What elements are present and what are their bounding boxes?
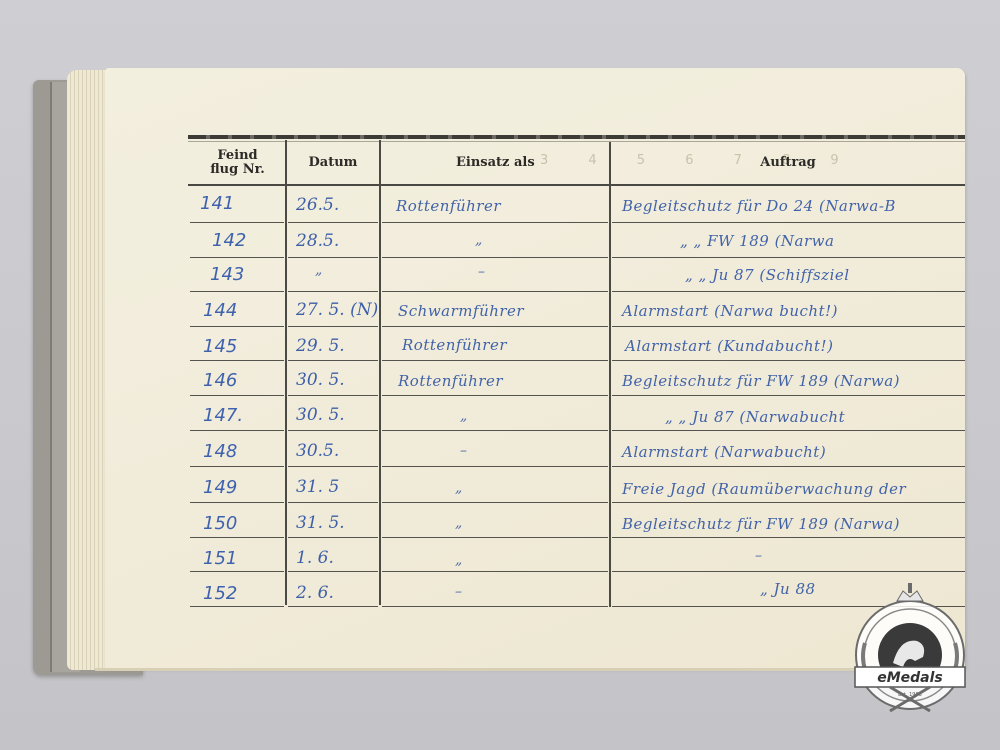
mission-role: Schwarmführer: [398, 302, 524, 320]
flight-number: 141: [200, 193, 234, 214]
row-divider: [190, 430, 284, 431]
flight-number: 149: [203, 477, 237, 498]
mission-role: –: [460, 443, 467, 459]
flight-number: 147.: [203, 405, 243, 426]
column-divider: [609, 142, 611, 607]
row-divider: [190, 537, 284, 538]
row-divider: [382, 502, 608, 503]
column-divider: [379, 140, 381, 605]
row-divider: [288, 466, 378, 467]
row-divider: [612, 360, 965, 361]
table-top-rule: [188, 135, 965, 139]
row-divider: [190, 326, 284, 327]
flight-date: 31. 5.: [296, 513, 345, 533]
row-divider: [612, 466, 965, 467]
flight-date: 27. 5. (N): [296, 300, 378, 320]
mission-role: Rottenführer: [402, 336, 507, 354]
row-divider: [382, 326, 608, 327]
row-divider: [190, 606, 284, 607]
header-text: Feind: [217, 149, 257, 163]
flight-number: 144: [203, 300, 237, 321]
row-divider: [382, 430, 608, 431]
svg-text:eMedals: eMedals: [877, 670, 943, 686]
row-divider: [190, 291, 284, 292]
row-divider: [382, 537, 608, 538]
row-divider: [612, 502, 965, 503]
mission-role: „: [455, 480, 462, 496]
row-divider: [190, 571, 284, 572]
row-divider: [288, 571, 378, 572]
row-divider: [612, 291, 965, 292]
flight-number: 150: [203, 513, 237, 534]
flight-date: „: [315, 262, 322, 278]
row-divider: [288, 291, 378, 292]
row-divider: [190, 222, 284, 223]
column-divider: [285, 140, 287, 605]
row-divider: [382, 395, 608, 396]
row-divider: [288, 430, 378, 431]
page-bottom-edge: [95, 668, 965, 671]
flight-date: 31. 5: [296, 477, 339, 497]
flight-date: 28.5.: [296, 231, 339, 251]
mission-role: „: [475, 232, 482, 248]
mission-task: –: [755, 548, 762, 564]
flight-number: 151: [203, 548, 237, 569]
flight-number: 146: [203, 370, 237, 391]
mission-role: „: [455, 515, 462, 531]
row-divider: [382, 222, 608, 223]
mission-task: Begleitschutz für Do 24 (Narwa-B: [622, 197, 896, 215]
mission-task: „ Ju 88: [760, 580, 816, 598]
mission-role: –: [455, 584, 462, 600]
header-text: Auftrag: [760, 156, 816, 170]
mission-task: Begleitschutz für FW 189 (Narwa): [622, 372, 900, 390]
flight-number: 143: [210, 264, 244, 285]
row-divider: [288, 606, 378, 607]
row-divider: [190, 466, 284, 467]
row-divider: [190, 502, 284, 503]
row-divider: [612, 222, 965, 223]
header-datum: Datum: [287, 142, 379, 184]
mission-role: Rottenführer: [398, 372, 503, 390]
row-divider: [382, 291, 608, 292]
header-text: Datum: [309, 156, 358, 170]
flight-date: 29. 5.: [296, 336, 345, 356]
flight-number: 142: [212, 230, 246, 251]
header-feindflug-nr: Feind flug Nr.: [190, 142, 285, 184]
flight-number: 145: [203, 336, 237, 357]
mission-task: Freie Jagd (Raumüberwachung der: [622, 480, 906, 498]
row-divider: [288, 326, 378, 327]
header-text: flug Nr.: [210, 163, 265, 177]
mission-task: „ „ Ju 87 (Narwabucht: [665, 408, 845, 426]
mission-task: „ „ Ju 87 (Schiffsziel: [685, 266, 850, 284]
mission-task: Alarmstart (Narwabucht): [622, 443, 826, 461]
row-divider: [190, 360, 284, 361]
row-divider: [288, 537, 378, 538]
emedals-seal-icon: eMedals Est. 1983: [845, 583, 975, 713]
row-divider: [288, 502, 378, 503]
mission-role: „: [455, 552, 462, 568]
row-divider: [612, 326, 965, 327]
flight-date: 30. 5.: [296, 370, 345, 390]
flight-date: 26.5.: [296, 195, 339, 215]
mission-task: Alarmstart (Narwa bucht!): [622, 302, 838, 320]
flight-date: 1. 6.: [296, 548, 334, 568]
mission-role: –: [478, 264, 485, 280]
row-divider: [382, 360, 608, 361]
header-text: Einsatz als: [456, 156, 535, 170]
flight-date: 30.5.: [296, 441, 339, 461]
row-divider: [288, 360, 378, 361]
mission-task: „ „ FW 189 (Narwa: [680, 232, 834, 250]
flight-number: 148: [203, 441, 237, 462]
mission-task: Begleitschutz für FW 189 (Narwa): [622, 515, 900, 533]
mission-task: Alarmstart (Kundabucht!): [625, 337, 833, 355]
row-divider: [612, 257, 965, 258]
row-divider: [288, 222, 378, 223]
table-header-rule: [188, 184, 965, 186]
mission-role: Rottenführer: [396, 197, 501, 215]
row-divider: [382, 257, 608, 258]
row-divider: [288, 395, 378, 396]
row-divider: [382, 606, 608, 607]
row-divider: [382, 571, 608, 572]
row-divider: [190, 395, 284, 396]
mission-role: „: [460, 408, 467, 424]
flight-date: 30. 5.: [296, 405, 345, 425]
row-divider: [288, 257, 378, 258]
row-divider: [612, 537, 965, 538]
row-divider: [612, 430, 965, 431]
flight-date: 2. 6.: [296, 583, 334, 603]
row-divider: [612, 571, 965, 572]
row-divider: [190, 257, 284, 258]
row-divider: [382, 466, 608, 467]
header-auftrag: Auftrag: [611, 142, 965, 184]
row-divider: [612, 395, 965, 396]
flight-number: 152: [203, 583, 237, 604]
